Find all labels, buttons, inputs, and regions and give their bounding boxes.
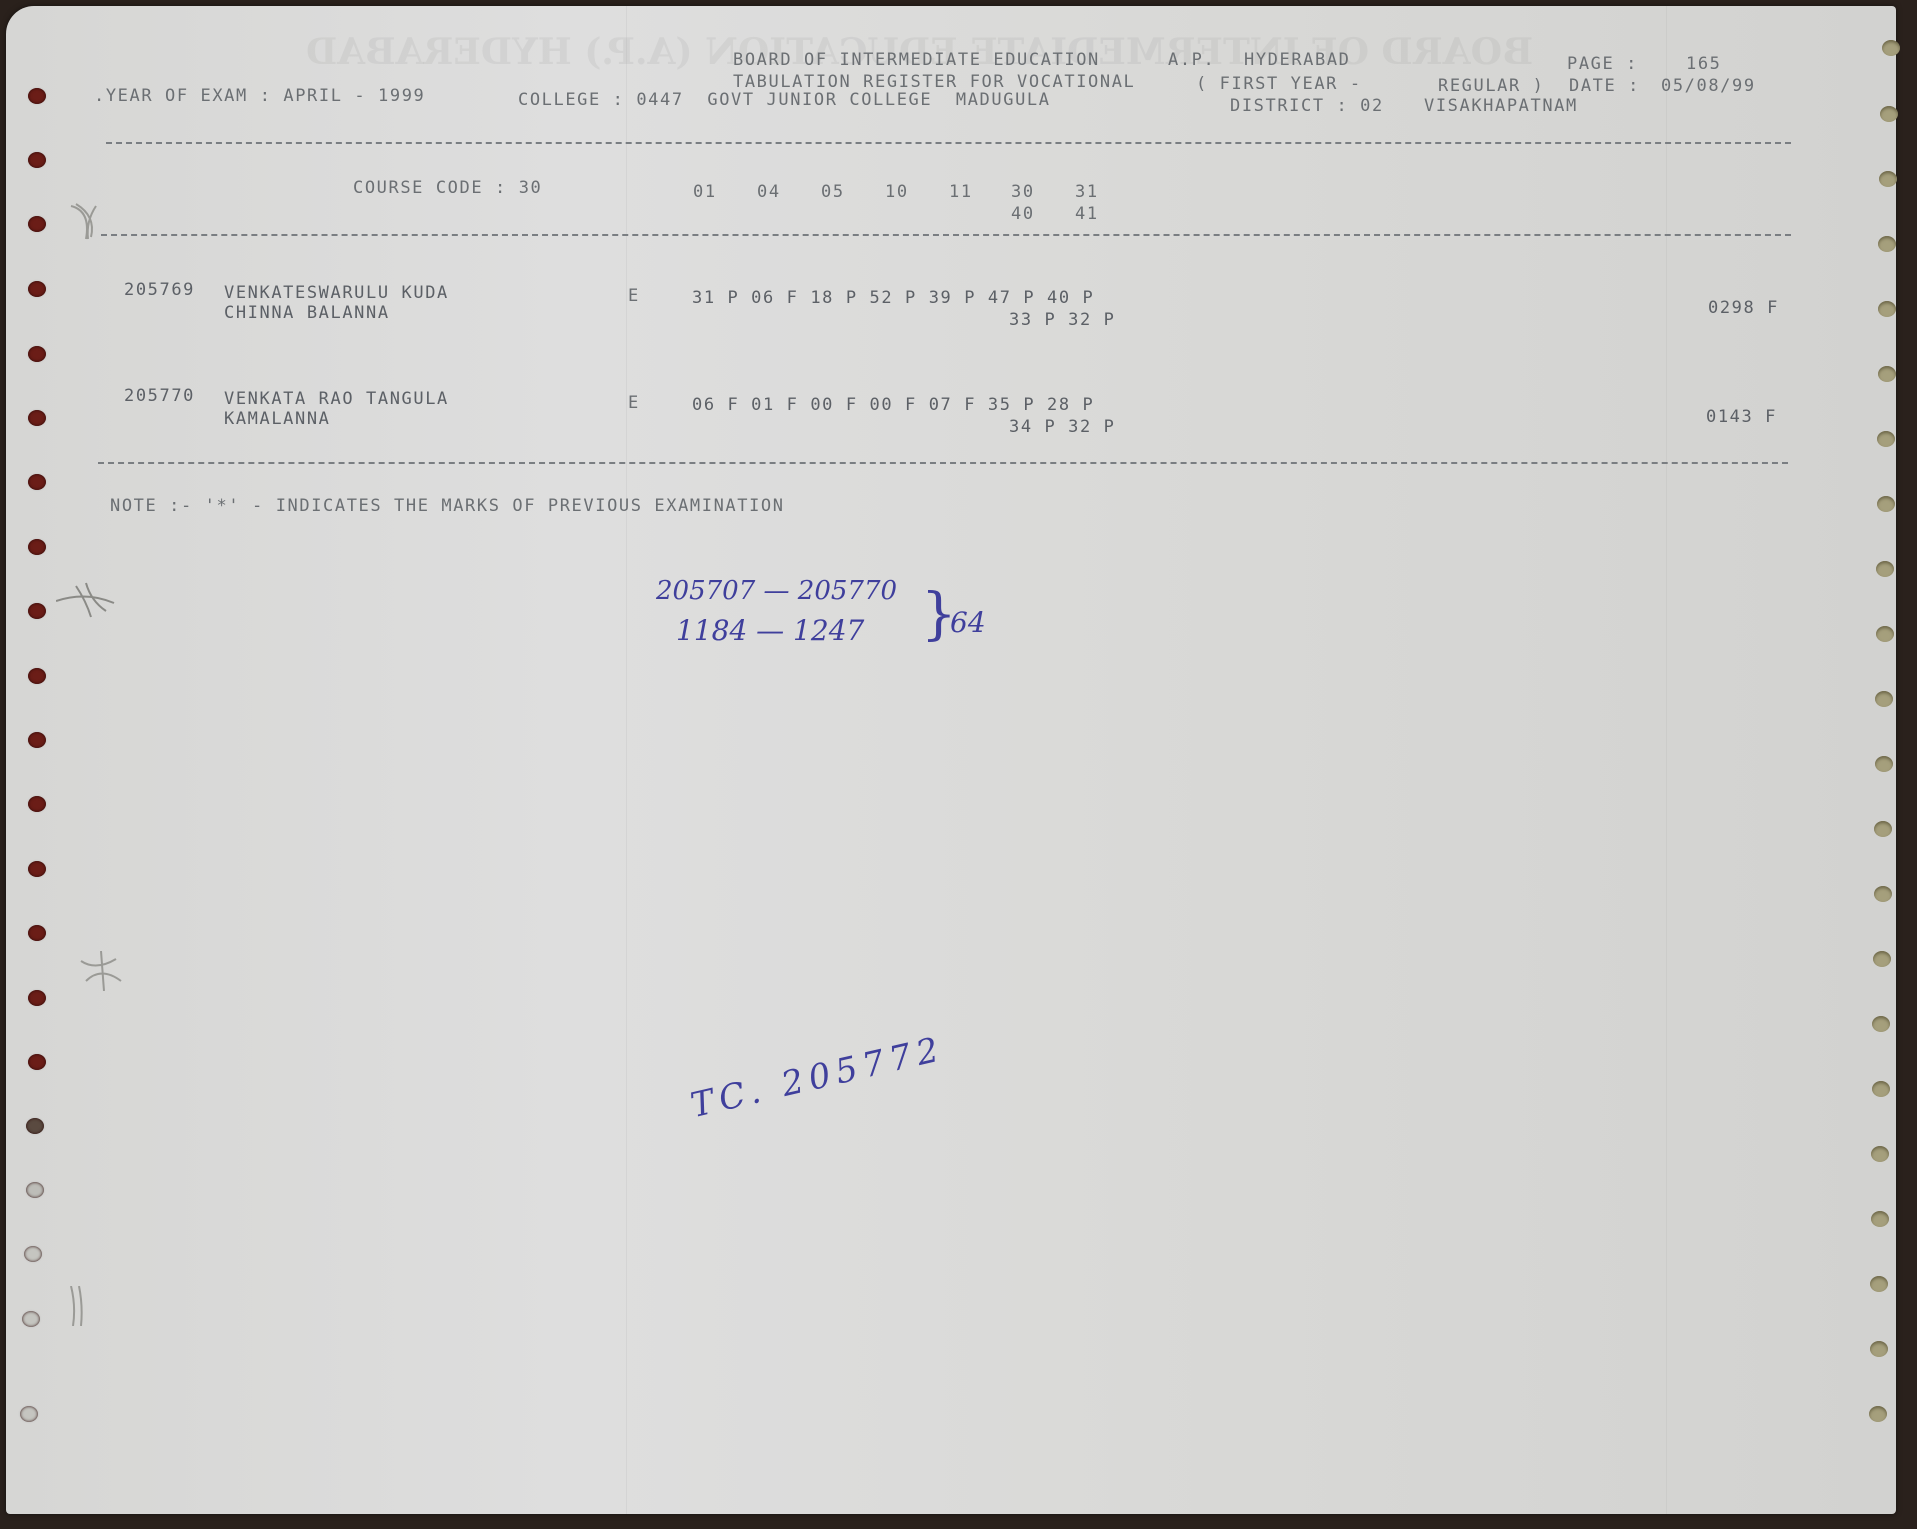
course-code-label: COURSE CODE : 30 bbox=[353, 178, 542, 198]
tractor-hole bbox=[1876, 626, 1894, 642]
tractor-hole bbox=[1874, 886, 1892, 902]
binding-hole bbox=[28, 668, 46, 684]
binding-hole bbox=[28, 216, 46, 232]
tractor-hole bbox=[1878, 236, 1896, 252]
student-name-cont: CHINNA BALANNA bbox=[224, 303, 390, 323]
binding-hole bbox=[22, 1311, 40, 1327]
total-result: 0298 F bbox=[1708, 298, 1779, 318]
tractor-hole bbox=[1882, 40, 1900, 56]
tractor-hole bbox=[1870, 1341, 1888, 1357]
ruling-line bbox=[626, 6, 627, 1514]
handwritten-count: 64 bbox=[950, 606, 986, 639]
binding-hole bbox=[28, 732, 46, 748]
separator-line bbox=[98, 462, 1788, 464]
binding-thread-icon bbox=[76, 951, 136, 991]
tractor-hole bbox=[1875, 691, 1893, 707]
handwritten-number-range: 1184 — 1247 bbox=[676, 614, 864, 647]
total-result: 0143 F bbox=[1706, 407, 1777, 427]
tractor-hole bbox=[1876, 561, 1894, 577]
subject-code: 41 bbox=[1075, 204, 1099, 224]
tabulation-register-sheet: BOARD OF INTERMEDIATE EDUCATION (A.P.) H… bbox=[6, 6, 1896, 1514]
binding-hole bbox=[28, 281, 46, 297]
register-title: TABULATION REGISTER FOR VOCATIONAL bbox=[733, 72, 1135, 92]
marks-row: 34 P 32 P bbox=[1009, 417, 1116, 437]
tractor-hole bbox=[1873, 951, 1891, 967]
marks-row: 06 F 01 F 00 F 00 F 07 F 35 P 28 P bbox=[692, 395, 1094, 415]
binding-hole bbox=[28, 603, 46, 619]
medium: E bbox=[628, 286, 640, 306]
page-label: PAGE : bbox=[1567, 54, 1638, 74]
subject-code: 04 bbox=[757, 182, 781, 202]
state-code: A.P. bbox=[1168, 50, 1215, 70]
college-info: COLLEGE : 0447 GOVT JUNIOR COLLEGE MADUG… bbox=[518, 90, 1051, 110]
binding-hole bbox=[28, 346, 46, 362]
student-name-cont: KAMALANNA bbox=[224, 409, 331, 429]
district-label: DISTRICT : 02 bbox=[1230, 96, 1384, 116]
ruling-line bbox=[1666, 6, 1667, 1514]
roll-number: 205769 bbox=[124, 280, 195, 300]
binding-hole bbox=[24, 1246, 42, 1262]
binding-hole bbox=[26, 1118, 44, 1134]
subject-code: 30 bbox=[1011, 182, 1035, 202]
tractor-hole bbox=[1879, 171, 1897, 187]
tractor-hole bbox=[1877, 431, 1895, 447]
board-name: BOARD OF INTERMEDIATE EDUCATION bbox=[733, 50, 1100, 70]
binding-thread-icon bbox=[61, 1286, 121, 1326]
binding-hole bbox=[20, 1406, 38, 1422]
binding-hole bbox=[28, 925, 46, 941]
tractor-hole bbox=[1872, 1016, 1890, 1032]
year-label: ( FIRST YEAR - bbox=[1196, 74, 1362, 94]
marks-row: 33 P 32 P bbox=[1009, 310, 1116, 330]
exam-type: REGULAR ) bbox=[1438, 76, 1545, 96]
tractor-hole bbox=[1877, 496, 1895, 512]
subject-code: 01 bbox=[693, 182, 717, 202]
subject-code: 40 bbox=[1011, 204, 1035, 224]
binding-hole bbox=[28, 796, 46, 812]
student-name: VENKATA RAO TANGULA bbox=[224, 389, 449, 409]
tractor-hole bbox=[1870, 1276, 1888, 1292]
binding-hole bbox=[28, 152, 46, 168]
subject-code: 10 bbox=[885, 182, 909, 202]
tractor-hole bbox=[1878, 366, 1896, 382]
binding-hole bbox=[28, 88, 46, 104]
binding-hole bbox=[26, 1182, 44, 1198]
binding-hole bbox=[28, 539, 46, 555]
date-value: 05/08/99 bbox=[1661, 76, 1756, 96]
tractor-hole bbox=[1872, 1081, 1890, 1097]
page-number: 165 bbox=[1686, 54, 1722, 74]
city-name: HYDERABAD bbox=[1244, 50, 1351, 70]
district-name: VISAKHAPATNAM bbox=[1424, 96, 1578, 116]
binding-hole bbox=[28, 1054, 46, 1070]
handwritten-tc-note: TC. 205772 bbox=[687, 1029, 948, 1126]
student-name: VENKATESWARULU KUDA bbox=[224, 283, 449, 303]
tractor-hole bbox=[1880, 106, 1898, 122]
binding-hole bbox=[28, 474, 46, 490]
footnote: NOTE :- '*' - INDICATES THE MARKS OF PRE… bbox=[110, 496, 785, 516]
tractor-hole bbox=[1869, 1406, 1887, 1422]
handwritten-roll-range: 205707 — 205770 bbox=[656, 576, 897, 606]
tractor-hole bbox=[1874, 821, 1892, 837]
roll-number: 205770 bbox=[124, 386, 195, 406]
date-label: DATE : bbox=[1569, 76, 1640, 96]
tractor-hole bbox=[1878, 301, 1896, 317]
subject-code: 05 bbox=[821, 182, 845, 202]
subject-code: 31 bbox=[1075, 182, 1099, 202]
binding-hole bbox=[28, 410, 46, 426]
tractor-hole bbox=[1875, 756, 1893, 772]
year-of-exam: .YEAR OF EXAM : APRIL - 1999 bbox=[94, 86, 425, 106]
separator-line bbox=[101, 234, 1791, 236]
tractor-hole bbox=[1871, 1211, 1889, 1227]
tractor-hole bbox=[1871, 1146, 1889, 1162]
separator-line bbox=[106, 142, 1791, 144]
binding-thread-icon bbox=[56, 581, 116, 621]
binding-hole bbox=[28, 861, 46, 877]
subject-code: 11 bbox=[949, 182, 973, 202]
binding-hole bbox=[28, 990, 46, 1006]
marks-row: 31 P 06 F 18 P 52 P 39 P 47 P 40 P bbox=[692, 288, 1094, 308]
medium: E bbox=[628, 393, 640, 413]
